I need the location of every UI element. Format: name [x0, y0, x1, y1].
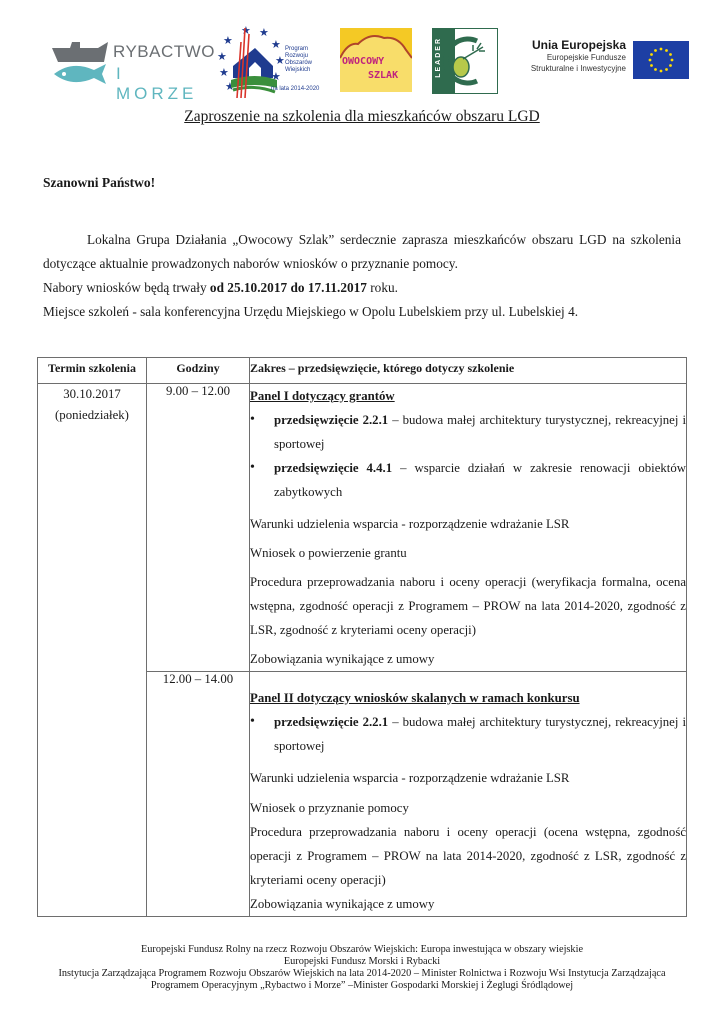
scope-cell: Panel I dotyczący grantów przedsięwzięci… [250, 384, 687, 672]
i-morze-text: I MORZE [116, 64, 210, 104]
hours-cell: 9.00 – 12.00 [147, 384, 250, 672]
scope-item: Warunki udzielenia wsparcia - rozporządz… [250, 512, 686, 536]
prow-logo: ★★★ ★★★ ★★★ Program Rozwoju Obszarów Wie… [215, 22, 325, 100]
hours-cell: 12.00 – 14.00 [147, 672, 250, 917]
logo-bar: RYBACTWO I MORZE ★★★ ★★★ ★★★ Program Roz… [0, 22, 724, 100]
eu-subtitle-1: Europejskie Fundusze [510, 52, 626, 63]
recruitment-prefix: Nabory wniosków będą trwały [43, 280, 210, 295]
leader-emblem-icon [433, 29, 497, 93]
prow-line: Wiejskich [285, 67, 312, 74]
eu-stars [633, 41, 689, 79]
header-scope: Zakres – przedsięwzięcie, którego dotycz… [250, 358, 687, 384]
scope-item: Warunki udzielenia wsparcia - rozporządz… [250, 766, 686, 790]
recruitment-suffix: roku. [367, 280, 398, 295]
prow-line: Program [285, 46, 312, 53]
intro-text: Lokalna Grupa Działania „Owocowy Szlak” … [43, 232, 681, 271]
svg-text:★: ★ [259, 26, 269, 39]
bullet-label: przedsięwzięcie 2.2.1 [274, 715, 388, 729]
scope-item: Zobowiązania wynikające z umowy [250, 647, 686, 671]
training-weekday: (poniedziałek) [38, 405, 146, 426]
prow-text: Program Rozwoju Obszarów Wiejskich [285, 46, 312, 74]
location-paragraph: Miejsce szkoleń - sala konferencyjna Urz… [43, 300, 681, 324]
leader-logo: LEADER [432, 28, 498, 94]
scope-item: Zobowiązania wynikające z umowy [250, 892, 686, 916]
eu-subtitle-2: Strukturalne i Inwestycyjne [510, 63, 626, 74]
rybactwo-text: RYBACTWO [113, 42, 215, 62]
scope-item: Wniosek o powierzenie grantu [250, 541, 686, 565]
eu-title: Unia Europejska [510, 38, 626, 52]
table-header-row: Termin szkolenia Godziny Zakres – przeds… [38, 358, 687, 384]
prow-years: na lata 2014-2020 [271, 86, 319, 92]
svg-text:★: ★ [217, 50, 227, 63]
scope-item: Wniosek o przyznanie pomocy [250, 796, 686, 820]
bullet-label: przedsięwzięcie 2.2.1 [274, 413, 388, 427]
owocowy-text: OWOCOWY [342, 56, 384, 67]
prow-line: Obszarów [285, 60, 312, 67]
header-hours: Godziny [147, 358, 250, 384]
list-item: przedsięwzięcie 2.2.1 – budowa małej arc… [250, 408, 686, 456]
prow-line: Rozwoju [285, 53, 312, 60]
fish-boat-icon [50, 34, 112, 90]
footer-line: Europejski Fundusz Morski i Rybacki [0, 956, 724, 968]
scope-item: Procedura przeprowadzania naboru i oceny… [250, 820, 686, 892]
recruitment-paragraph: Nabory wniosków będą trwały od 25.10.201… [43, 276, 681, 300]
svg-text:★: ★ [223, 34, 233, 47]
bullet-label: przedsięwzięcie 4.4.1 [274, 461, 392, 475]
panel-title: Panel I dotyczący grantów [250, 384, 686, 408]
szlak-text: SZLAK [368, 70, 398, 81]
panel-title: Panel II dotyczący wniosków skalanych w … [250, 686, 686, 710]
scope-item: Procedura przeprowadzania naboru i oceny… [250, 570, 686, 642]
schedule-table: Termin szkolenia Godziny Zakres – przeds… [37, 357, 687, 917]
recruitment-dates: od 25.10.2017 do 17.11.2017 [210, 280, 367, 295]
svg-text:★: ★ [271, 38, 281, 51]
eu-funds-text: Unia Europejska Europejskie Fundusze Str… [510, 38, 626, 74]
greeting: Szanowni Państwo! [43, 175, 155, 191]
intro-paragraph: Lokalna Grupa Działania „Owocowy Szlak” … [43, 228, 681, 276]
date-cell: 30.10.2017 (poniedziałek) [38, 384, 147, 917]
rybactwo-i-morze-logo: RYBACTWO I MORZE [50, 32, 210, 92]
footer-line: Instytucja Zarządzająca Programem Rozwoj… [0, 968, 724, 980]
svg-text:★: ★ [219, 66, 229, 79]
bullet-list: przedsięwzięcie 2.2.1 – budowa małej arc… [250, 408, 686, 504]
training-date: 30.10.2017 [38, 384, 146, 405]
list-item: przedsięwzięcie 4.4.1 – wsparcie działań… [250, 456, 686, 504]
svg-text:★: ★ [275, 54, 285, 67]
footer: Europejski Fundusz Rolny na rzecz Rozwoj… [0, 944, 724, 992]
footer-line: Europejski Fundusz Rolny na rzecz Rozwoj… [0, 944, 724, 956]
document-title: Zaproszenie na szkolenia dla mieszkańców… [0, 108, 724, 126]
footer-line: Programem Operacyjnym „Rybactwo i Morze”… [0, 980, 724, 992]
eu-flag-icon [633, 41, 689, 79]
table-row: 30.10.2017 (poniedziałek) 9.00 – 12.00 P… [38, 384, 687, 672]
header-date: Termin szkolenia [38, 358, 147, 384]
list-item: przedsięwzięcie 2.2.1 – budowa małej arc… [250, 710, 686, 758]
bullet-list: przedsięwzięcie 2.2.1 – budowa małej arc… [250, 710, 686, 758]
scope-cell: Panel II dotyczący wniosków skalanych w … [250, 672, 687, 917]
owocowy-szlak-logo: OWOCOWY SZLAK [340, 28, 412, 92]
leader-text: LEADER [435, 37, 442, 78]
